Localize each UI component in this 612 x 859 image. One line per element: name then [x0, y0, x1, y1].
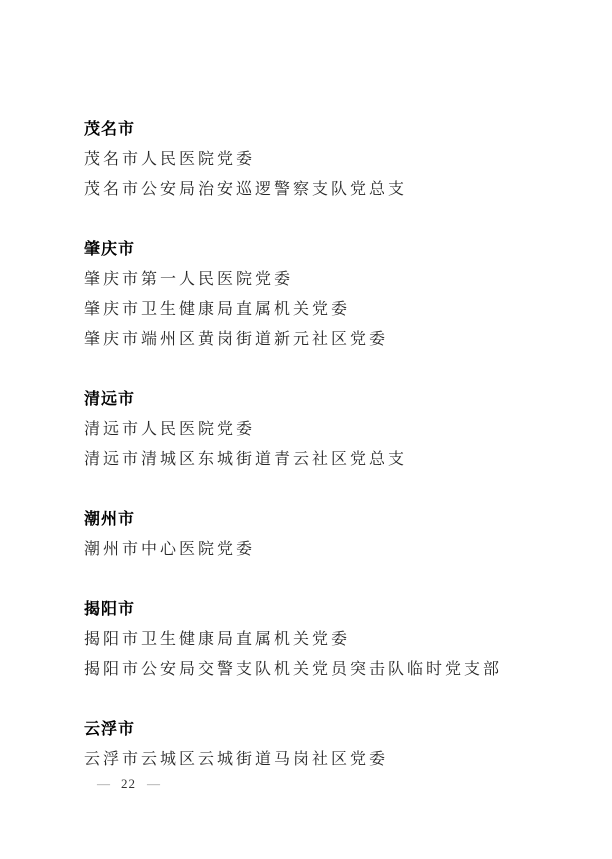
- document-page: 茂名市 茂名市人民医院党委 茂名市公安局治安巡逻警察支队党总支 肇庆市 肇庆市第…: [0, 0, 612, 859]
- entry-line: 肇庆市卫生健康局直属机关党委: [84, 295, 572, 325]
- entry-line: 清远市人民医院党委: [84, 415, 572, 445]
- entry-line: 茂名市人民医院党委: [84, 145, 572, 175]
- city-heading: 茂名市: [84, 115, 572, 145]
- city-section: 肇庆市 肇庆市第一人民医院党委 肇庆市卫生健康局直属机关党委 肇庆市端州区黄岗街…: [84, 235, 572, 355]
- page-content: 茂名市 茂名市人民医院党委 茂名市公安局治安巡逻警察支队党总支 肇庆市 肇庆市第…: [0, 0, 612, 793]
- city-heading: 肇庆市: [84, 235, 572, 265]
- entry-line: 肇庆市端州区黄岗街道新元社区党委: [84, 325, 572, 355]
- city-section: 清远市 清远市人民医院党委 清远市清城区东城街道青云社区党总支: [84, 385, 572, 475]
- page-number-dash-right: —: [147, 776, 160, 791]
- entry-line: 揭阳市公安局交警支队机关党员突击队临时党支部: [84, 655, 572, 685]
- entry-line: 茂名市公安局治安巡逻警察支队党总支: [84, 175, 572, 205]
- page-number: —22—: [84, 775, 572, 793]
- city-section: 云浮市 云浮市云城区云城街道马岗社区党委: [84, 715, 572, 775]
- entry-line: 云浮市云城区云城街道马岗社区党委: [84, 745, 572, 775]
- entry-line: 清远市清城区东城街道青云社区党总支: [84, 445, 572, 475]
- city-section: 茂名市 茂名市人民医院党委 茂名市公安局治安巡逻警察支队党总支: [84, 115, 572, 205]
- page-number-value: 22: [121, 776, 136, 791]
- page-number-dash-left: —: [97, 776, 110, 791]
- city-section: 揭阳市 揭阳市卫生健康局直属机关党委 揭阳市公安局交警支队机关党员突击队临时党支…: [84, 595, 572, 685]
- city-section: 潮州市 潮州市中心医院党委: [84, 505, 572, 565]
- entry-line: 揭阳市卫生健康局直属机关党委: [84, 625, 572, 655]
- city-heading: 揭阳市: [84, 595, 572, 625]
- city-heading: 清远市: [84, 385, 572, 415]
- entry-line: 肇庆市第一人民医院党委: [84, 265, 572, 295]
- city-heading: 云浮市: [84, 715, 572, 745]
- city-heading: 潮州市: [84, 505, 572, 535]
- entry-line: 潮州市中心医院党委: [84, 535, 572, 565]
